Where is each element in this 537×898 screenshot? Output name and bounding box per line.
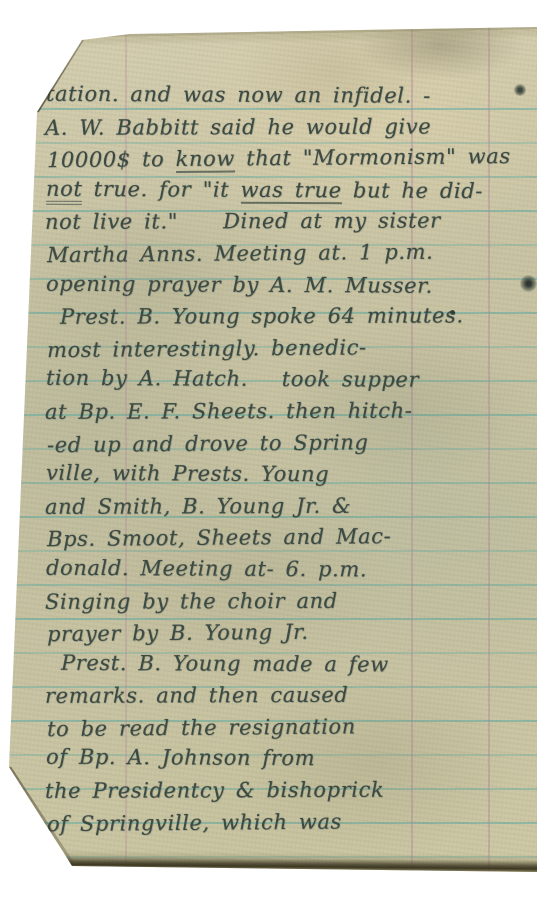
handwriting-segment: prayer by B. Young Jr. [47, 620, 309, 646]
handwriting-line: tation. and was now an infidel. - [46, 79, 534, 113]
handwriting-line: of Springville, which was [47, 805, 535, 841]
handwriting-line: Prest. B. Young made a few [46, 647, 534, 681]
page-bottom-edge [56, 850, 537, 879]
handwriting-line: not live it." Dined at my sister [45, 206, 533, 239]
handwriting-segment: to be read the resignation [47, 714, 356, 741]
handwriting-line: Singing by the choir and [45, 585, 533, 618]
underlined-word: know [176, 147, 236, 174]
handwriting-line: most interestingly. benedic- [47, 331, 535, 367]
handwriting-segment: Prest. B. Young made a few [61, 650, 389, 676]
handwriting-segment: donald. Meeting at- 6. p.m. [46, 556, 367, 582]
handwriting-line: opening prayer by A. M. Musser. [46, 268, 534, 302]
handwriting-segment: -ed up and drove to Spring [47, 430, 369, 457]
diary-page-scan: tation. and was now an infidel. -A. W. B… [0, 0, 537, 898]
handwriting-line: at Bp. E. F. Sheets. then hitch- [45, 395, 533, 428]
handwriting-line: to be read the resignation [47, 710, 535, 746]
handwriting-segment: true. for "it [82, 177, 240, 202]
handwriting-segment: Prest. B. Young spoke 64 minutes. [60, 304, 464, 329]
handwriting-line: 10000$ to know that "Mormonism" was [47, 141, 535, 177]
handwriting-line: -ed up and drove to Spring [47, 425, 535, 461]
handwriting-segment: tation. and was now an infidel. - [46, 82, 431, 108]
handwriting-line: prayer by B. Young Jr. [47, 615, 535, 651]
handwriting-segment: at Bp. E. F. Sheets. then hitch- [45, 399, 412, 424]
handwriting-segment: opening prayer by A. M. Musser. [46, 271, 433, 297]
underlined-word: was true [240, 178, 341, 205]
handwriting-segment: and Smith, B. Young Jr. & [45, 494, 351, 519]
handwriting-line: and Smith, B. Young Jr. & [45, 490, 533, 523]
handwriting-segment: of Bp. A. Johnson from [46, 745, 315, 770]
handwriting-segment: Bps. Smoot, Sheets and Mac- [47, 524, 391, 551]
handwriting-line: tion by A. Hatch. took supper [46, 363, 534, 397]
handwriting-text: tation. and was now an infidel. -A. W. B… [46, 80, 534, 838]
handwriting-segment: Singing by the choir and [45, 588, 338, 613]
ink-blot [520, 275, 537, 292]
handwriting-segment: most interestingly. benedic- [47, 335, 367, 362]
handwriting-line: the Presidentcy & bishoprick [45, 774, 533, 807]
handwriting-segment: Martha Anns. Meeting at. 1 p.m. [47, 240, 434, 267]
handwriting-line: donald. Meeting at- 6. p.m. [46, 553, 534, 587]
handwriting-line: Prest. B. Young spoke 64 minutes. [45, 300, 533, 333]
handwriting-segment: but he did- [342, 178, 483, 203]
handwriting-line: Martha Anns. Meeting at. 1 p.m. [47, 236, 535, 272]
diary-page: tation. and was now an infidel. -A. W. B… [0, 0, 537, 898]
underlined-word: not [46, 177, 83, 205]
handwriting-segment: A. W. Babbitt said he would give [45, 114, 431, 139]
handwriting-line: A. W. Babbitt said he would give [45, 111, 533, 144]
ink-blot [514, 84, 526, 96]
handwriting-segment: not live it." Dined at my sister [45, 209, 441, 234]
handwriting-segment: the Presidentcy & bishoprick [45, 778, 384, 803]
handwriting-line: Bps. Smoot, Sheets and Mac- [47, 520, 535, 556]
handwriting-segment: tion by A. Hatch. took supper [46, 366, 419, 392]
handwriting-line: not true. for "it was true but he did- [46, 174, 534, 208]
handwriting-line: ville, with Prests. Young [46, 458, 534, 492]
handwriting-segment: ville, with Prests. Young [46, 461, 329, 486]
handwriting-segment: remarks. and then caused [45, 683, 348, 708]
handwriting-line: remarks. and then caused [45, 679, 533, 712]
handwriting-segment: of Springville, which was [47, 809, 342, 836]
handwriting-segment: that "Mormonism" was [235, 144, 511, 170]
handwriting-segment: 10000$ to [47, 147, 176, 172]
handwriting-line: of Bp. A. Johnson from [46, 742, 534, 776]
ink-blot [450, 310, 455, 315]
